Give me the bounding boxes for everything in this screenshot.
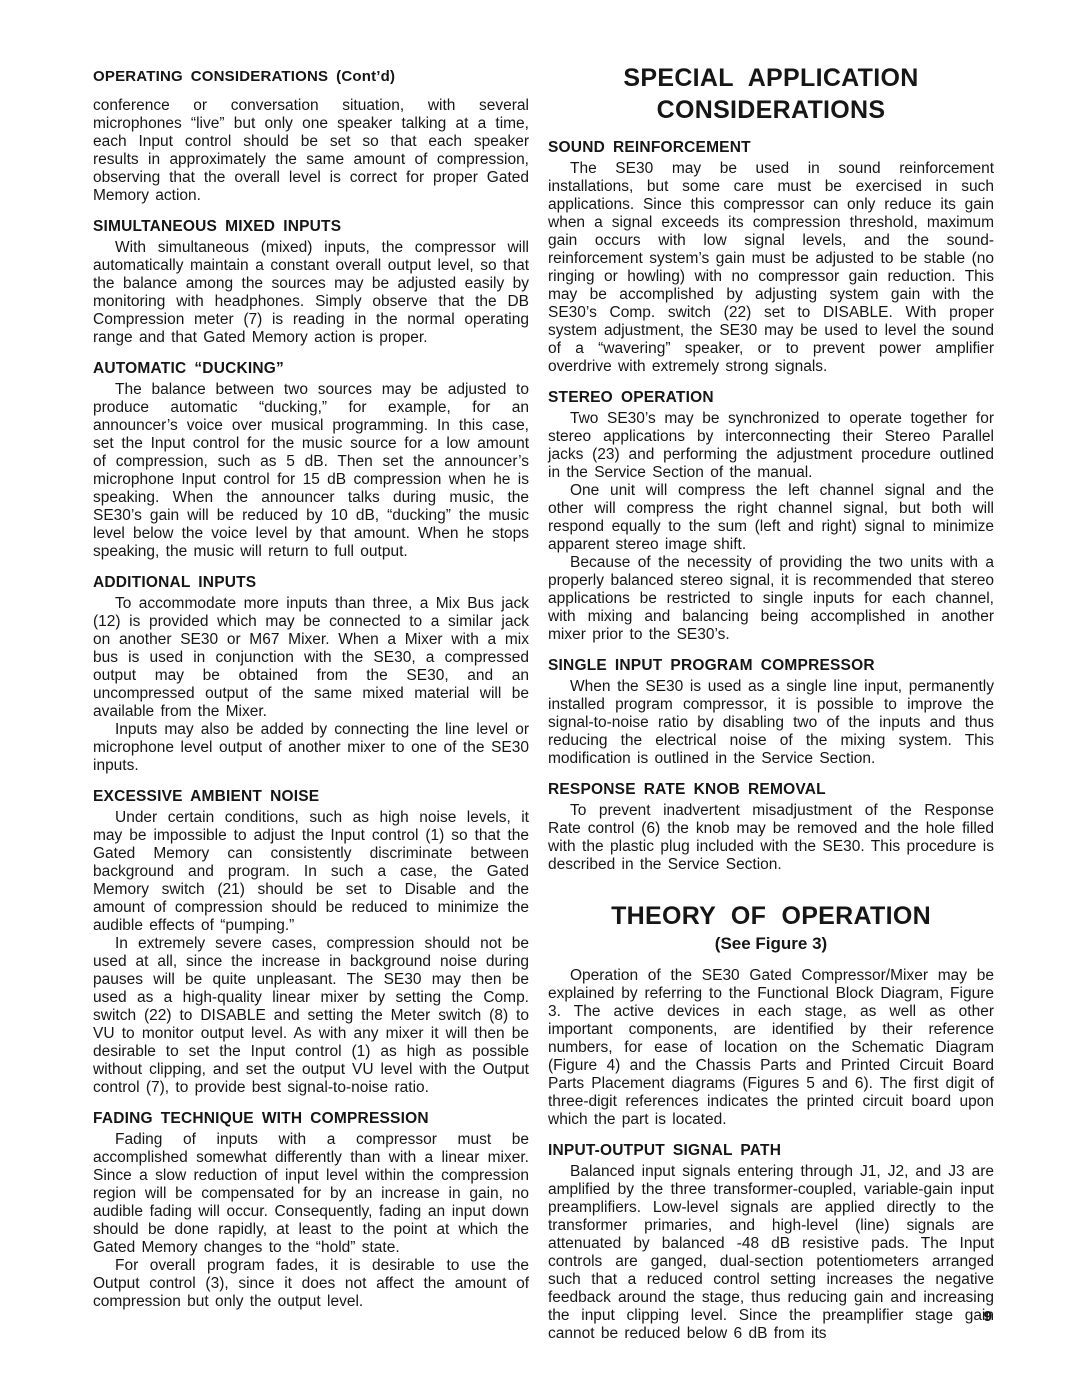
body-paragraph: To prevent inadvertent misadjustment of …: [548, 802, 994, 874]
section-heading: SIMULTANEOUS MIXED INPUTS: [93, 218, 529, 236]
right-column: SPECIAL APPLICATIONCONSIDERATIONSSOUND R…: [548, 62, 994, 1343]
body-paragraph: Because of the necessity of providing th…: [548, 554, 994, 644]
section-title-line: THEORY OF OPERATION: [548, 900, 994, 932]
document-section: STEREO OPERATIONTwo SE30’s may be synchr…: [548, 389, 994, 644]
section-title-block: THEORY OF OPERATION(See Figure 3): [548, 900, 994, 955]
section-subtitle: (See Figure 3): [548, 933, 994, 955]
section-heading: AUTOMATIC “DUCKING”: [93, 360, 529, 378]
section-title-block: SPECIAL APPLICATIONCONSIDERATIONS: [548, 62, 994, 126]
section-heading: SOUND REINFORCEMENT: [548, 139, 994, 157]
left-column-continuation-header: OPERATING CONSIDERATIONS (Cont’d): [93, 68, 529, 85]
body-paragraph: Under certain conditions, such as high n…: [93, 809, 529, 935]
left-column-sections: conference or conversation situation, wi…: [93, 97, 529, 1311]
section-heading: EXCESSIVE AMBIENT NOISE: [93, 788, 529, 806]
document-section: SOUND REINFORCEMENTThe SE30 may be used …: [548, 139, 994, 376]
document-section: FADING TECHNIQUE WITH COMPRESSIONFading …: [93, 1110, 529, 1311]
section-title: SPECIAL APPLICATIONCONSIDERATIONS: [548, 62, 994, 126]
document-section: Operation of the SE30 Gated Compressor/M…: [548, 967, 994, 1129]
document-section: SIMULTANEOUS MIXED INPUTSWith simultaneo…: [93, 218, 529, 347]
body-paragraph: One unit will compress the left channel …: [548, 482, 994, 554]
section-heading: FADING TECHNIQUE WITH COMPRESSION: [93, 1110, 529, 1128]
document-section: INPUT-OUTPUT SIGNAL PATHBalanced input s…: [548, 1142, 994, 1343]
section-title-line: SPECIAL APPLICATION: [548, 62, 994, 94]
body-paragraph: When the SE30 is used as a single line i…: [548, 678, 994, 768]
body-paragraph: For overall program fades, it is desirab…: [93, 1257, 529, 1311]
section-heading: SINGLE INPUT PROGRAM COMPRESSOR: [548, 657, 994, 675]
right-column-sections: SPECIAL APPLICATIONCONSIDERATIONSSOUND R…: [548, 62, 994, 1343]
document-section: EXCESSIVE AMBIENT NOISEUnder certain con…: [93, 788, 529, 1097]
section-heading: STEREO OPERATION: [548, 389, 994, 407]
document-section: RESPONSE RATE KNOB REMOVALTo prevent ina…: [548, 781, 994, 874]
document-section: SINGLE INPUT PROGRAM COMPRESSORWhen the …: [548, 657, 994, 768]
body-paragraph: The SE30 may be used in sound reinforcem…: [548, 160, 994, 376]
body-paragraph: conference or conversation situation, wi…: [93, 97, 529, 205]
document-section: conference or conversation situation, wi…: [93, 97, 529, 205]
section-title-line: CONSIDERATIONS: [548, 94, 994, 126]
body-paragraph: With simultaneous (mixed) inputs, the co…: [93, 239, 529, 347]
section-title: THEORY OF OPERATION: [548, 900, 994, 932]
body-paragraph: Balanced input signals entering through …: [548, 1163, 994, 1343]
section-heading: INPUT-OUTPUT SIGNAL PATH: [548, 1142, 994, 1160]
section-heading: ADDITIONAL INPUTS: [93, 574, 529, 592]
document-section: ADDITIONAL INPUTSTo accommodate more inp…: [93, 574, 529, 775]
body-paragraph: Operation of the SE30 Gated Compressor/M…: [548, 967, 994, 1129]
body-paragraph: Fading of inputs with a compressor must …: [93, 1131, 529, 1257]
body-paragraph: Two SE30’s may be synchronized to operat…: [548, 410, 994, 482]
document-section: AUTOMATIC “DUCKING”The balance between t…: [93, 360, 529, 561]
section-heading: RESPONSE RATE KNOB REMOVAL: [548, 781, 994, 799]
left-column: OPERATING CONSIDERATIONS (Cont’d) confer…: [93, 68, 529, 1311]
body-paragraph: The balance between two sources may be a…: [93, 381, 529, 561]
body-paragraph: To accommodate more inputs than three, a…: [93, 595, 529, 721]
page-number: 9: [984, 1308, 992, 1325]
body-paragraph: Inputs may also be added by connecting t…: [93, 721, 529, 775]
body-paragraph: In extremely severe cases, compression s…: [93, 935, 529, 1097]
manual-page: OPERATING CONSIDERATIONS (Cont’d) confer…: [0, 0, 1080, 1397]
